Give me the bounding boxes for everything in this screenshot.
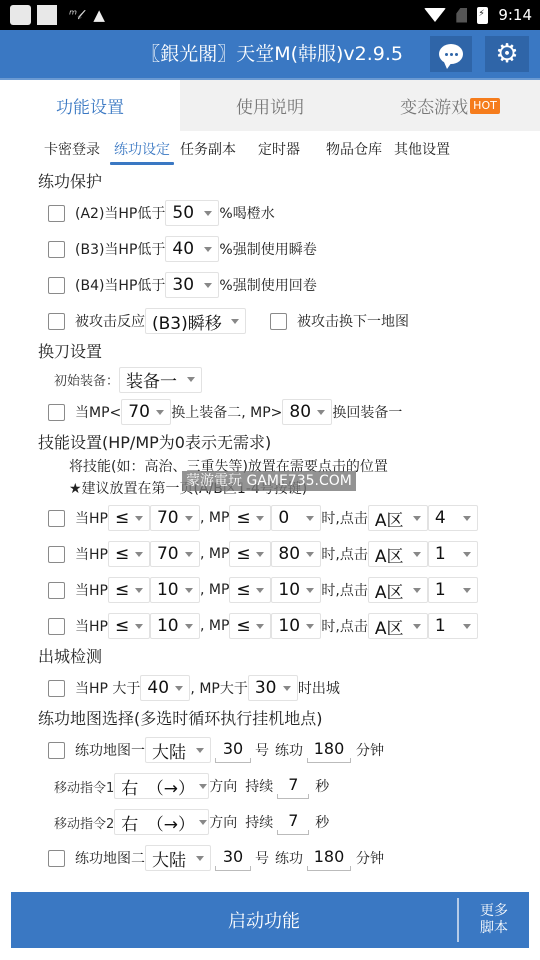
hp-operator-select[interactable]: ≤ [108, 613, 150, 639]
more-scripts-button[interactable]: 更多 脚本 [459, 903, 529, 937]
more-label-line-1: 更多 [459, 903, 529, 920]
tab-instructions[interactable]: 使用说明 [180, 80, 360, 131]
row-label: 分钟 [356, 848, 384, 868]
dropdown-arrow-icon [175, 686, 183, 691]
move-command-row-2: 移动指令2 右 （→） 方向 持续 7 秒 [38, 804, 540, 840]
leave-town-checkbox[interactable] [48, 680, 65, 697]
dropdown-arrow-icon [413, 516, 421, 521]
weapon-swap-row: 当MP< 70 换上装备二, MP> 80 换回装备一 [38, 394, 540, 430]
dropdown-arrow-icon [413, 552, 421, 557]
dropdown-arrow-icon [463, 516, 471, 521]
mp-label: , MP [200, 618, 229, 634]
watermark: 蒙游電玩 GAME735.COM [182, 471, 356, 491]
row-label: %强制使用瞬卷 [219, 239, 316, 259]
row-label: 时出城 [298, 678, 340, 698]
row-label: (B3)当HP低于 [75, 239, 165, 259]
row-label: 秒 [315, 776, 329, 796]
initial-gear-row: 初始装备： 装备一 [38, 365, 540, 394]
row-label: (A2)当HP低于 [75, 203, 165, 223]
hp-label: 当HP [75, 580, 108, 600]
dropdown-arrow-icon [204, 247, 212, 252]
hp-operator-select[interactable]: ≤ [108, 505, 150, 531]
section-title-map-select: 练功地图选择(多选时循环执行挂机地点) [38, 706, 540, 732]
hp-value-select[interactable]: 10 [150, 613, 200, 639]
section-title-leave-town: 出城检测 [38, 644, 540, 670]
warning-icon: ▲ [93, 6, 105, 24]
dropdown-arrow-icon [413, 588, 421, 593]
zone-select[interactable]: A区 [368, 613, 428, 639]
mp-high-select[interactable]: 80 [282, 399, 332, 425]
dropdown-arrow-icon [231, 319, 239, 324]
key-select[interactable]: 1 [428, 541, 478, 567]
main-tabs: 功能设置 使用说明 变态游戏 HOT [0, 78, 540, 131]
protection-b3-checkbox[interactable] [48, 241, 65, 258]
move-1-seconds-input[interactable]: 7 [277, 773, 309, 799]
initial-gear-label: 初始装备： [54, 370, 119, 389]
click-label: 时,点击 [321, 508, 367, 528]
more-label-line-2: 脚本 [459, 920, 529, 937]
key-select[interactable]: 4 [428, 505, 478, 531]
row-label: 被攻击反应 [75, 311, 145, 331]
initial-gear-select[interactable]: 装备一 [119, 367, 202, 393]
subtab-training-settings[interactable]: 练功设定 [114, 131, 170, 169]
map-1-number-input[interactable]: 30 [215, 737, 251, 763]
mp-label: , MP [200, 582, 229, 598]
dropdown-arrow-icon [413, 624, 421, 629]
key-select[interactable]: 1 [428, 613, 478, 639]
dropdown-arrow-icon [256, 588, 264, 593]
notification-app-icon [10, 5, 31, 25]
dropdown-arrow-icon [256, 516, 264, 521]
dropdown-arrow-icon [185, 588, 193, 593]
row-label: (B4)当HP低于 [75, 275, 165, 295]
row-label: 练功 [275, 740, 303, 760]
dropdown-arrow-icon [185, 624, 193, 629]
row-label: 被攻击换下一地图 [297, 311, 409, 331]
hp-value-select[interactable]: 10 [150, 577, 200, 603]
dropdown-arrow-icon [306, 624, 314, 629]
row-label: 当MP< [75, 402, 121, 422]
sub-tabs: 卡密登录 练功设定 任务副本 定时器 物品仓库 其他设置 [0, 131, 540, 169]
dropdown-arrow-icon [317, 410, 325, 415]
map-2-region-select[interactable]: 大陆 [145, 845, 211, 871]
dropdown-arrow-icon [306, 552, 314, 557]
tab-label: 使用说明 [236, 93, 304, 118]
protection-row-a2: (A2)当HP低于 50 %喝橙水 [38, 195, 540, 231]
zone-select[interactable]: A区 [368, 541, 428, 567]
move-command-row-1: 移动指令1 右 （→） 方向 持续 7 秒 [38, 768, 540, 804]
dropdown-arrow-icon [196, 856, 204, 861]
dropdown-arrow-icon [196, 748, 204, 753]
mp-low-select[interactable]: 70 [121, 399, 171, 425]
dropdown-arrow-icon [135, 588, 143, 593]
skill-checkbox[interactable] [48, 618, 65, 635]
map-2-checkbox[interactable] [48, 850, 65, 867]
dropdown-arrow-icon [199, 784, 207, 789]
chat-button[interactable] [430, 36, 472, 72]
dropdown-arrow-icon [199, 820, 207, 825]
skill-checkbox[interactable] [48, 582, 65, 599]
row-label: %喝橙水 [219, 203, 274, 223]
map-2-number-input[interactable]: 30 [215, 845, 251, 871]
dropdown-arrow-icon [185, 516, 193, 521]
hp-operator-select[interactable]: ≤ [108, 577, 150, 603]
row-label: 练功地图二 [75, 848, 145, 868]
status-bar: ᵐ𝓁 ▲ 9:14 [0, 0, 540, 30]
dropdown-arrow-icon [204, 211, 212, 216]
subtab-other-settings[interactable]: 其他设置 [394, 131, 450, 169]
row-label: 方向 [209, 812, 237, 832]
mp-operator-select[interactable]: ≤ [229, 613, 271, 639]
attack-reaction-checkbox[interactable] [48, 313, 65, 330]
skill-checkbox[interactable] [48, 546, 65, 563]
hp-threshold-select[interactable]: 40 [165, 236, 219, 262]
dropdown-arrow-icon [204, 283, 212, 288]
hp-value-select[interactable]: 70 [150, 505, 200, 531]
map-row-2: 练功地图二 大陆 30 号 练功 180 分钟 [38, 840, 540, 876]
hp-value-select[interactable]: 70 [150, 541, 200, 567]
protection-a2-checkbox[interactable] [48, 205, 65, 222]
notification-app-icon [37, 5, 57, 25]
skill-row: 当HP ≤ 10 , MP ≤ 10 时,点击 A区 1 [38, 572, 540, 608]
section-title-protection: 练功保护 [38, 169, 540, 195]
settings-button[interactable]: ⚙ [485, 36, 529, 72]
gear-icon: ⚙ [495, 41, 518, 67]
dropdown-arrow-icon [135, 624, 143, 629]
skill-checkbox[interactable] [48, 510, 65, 527]
bottom-action-bar: 启动功能 更多 脚本 [11, 892, 529, 948]
protection-b4-checkbox[interactable] [48, 277, 65, 294]
subtab-card-login[interactable]: 卡密登录 [44, 131, 100, 169]
subtab-item-storage[interactable]: 物品仓库 [326, 131, 382, 169]
hp-threshold-select[interactable]: 50 [165, 200, 219, 226]
dropdown-arrow-icon [306, 516, 314, 521]
mp-value-select[interactable]: 80 [271, 541, 321, 567]
attack-reaction-row: 被攻击反应 (B3)瞬移 被攻击换下一地图 [38, 303, 540, 339]
row-label: 换上装备二, MP> [171, 402, 282, 422]
settings-content: 练功保护 (A2)当HP低于 50 %喝橙水 (B3)当HP低于 40 %强制使… [0, 169, 540, 876]
chat-bubble-icon [439, 44, 463, 64]
section-title-skills: 技能设置(HP/MP为0表示无需求) [38, 430, 540, 456]
subtab-timer[interactable]: 定时器 [258, 131, 300, 169]
mp-operator-select[interactable]: ≤ [229, 541, 271, 567]
tab-function-settings[interactable]: 功能设置 [0, 80, 180, 131]
skill-row: 当HP ≤ 10 , MP ≤ 10 时,点击 A区 1 [38, 608, 540, 644]
hp-label: 当HP [75, 508, 108, 528]
mp-operator-select[interactable]: ≤ [229, 505, 271, 531]
battery-charging-icon [477, 7, 488, 24]
mp-operator-select[interactable]: ≤ [229, 577, 271, 603]
map-1-minutes-input[interactable]: 180 [307, 737, 351, 763]
dropdown-arrow-icon [135, 516, 143, 521]
dropdown-arrow-icon [256, 552, 264, 557]
move-1-direction-select[interactable]: 右 （→） [114, 773, 209, 799]
attack-change-map-checkbox[interactable] [270, 313, 287, 330]
map-2-minutes-input[interactable]: 180 [307, 845, 351, 871]
row-label: , MP大于 [190, 678, 247, 698]
no-sim-icon [456, 8, 467, 23]
row-label: %强制使用回卷 [219, 275, 316, 295]
leave-town-row: 当HP 大于 40 , MP大于 30 时出城 [38, 670, 540, 706]
section-title-weapon-swap: 换刀设置 [38, 339, 540, 365]
dropdown-arrow-icon [283, 686, 291, 691]
mp-label: , MP [200, 546, 229, 562]
tab-label: 变态游戏 [400, 93, 468, 118]
dropdown-arrow-icon [463, 552, 471, 557]
zone-select[interactable]: A区 [368, 505, 428, 531]
row-label: 持续 [245, 776, 273, 796]
dropdown-arrow-icon [156, 410, 164, 415]
dropdown-arrow-icon [185, 552, 193, 557]
dropdown-arrow-icon [256, 624, 264, 629]
hp-label: 当HP [75, 616, 108, 636]
dropdown-arrow-icon [463, 588, 471, 593]
tab-mod-games[interactable]: 变态游戏 HOT [360, 80, 540, 131]
protection-row-b4: (B4)当HP低于 30 %强制使用回卷 [38, 267, 540, 303]
mp-value-select[interactable]: 10 [271, 577, 321, 603]
key-select[interactable]: 1 [428, 577, 478, 603]
row-label: 移动指令1 [54, 777, 114, 796]
dropdown-arrow-icon [306, 588, 314, 593]
map-1-region-select[interactable]: 大陆 [145, 737, 211, 763]
map-row-1: 练功地图一 大陆 30 号 练功 180 分钟 [38, 732, 540, 768]
mp-label: , MP [200, 510, 229, 526]
skill-row: 当HP ≤ 70 , MP ≤ 80 时,点击 A区 1 [38, 536, 540, 572]
zone-select[interactable]: A区 [368, 577, 428, 603]
tab-label: 功能设置 [56, 93, 124, 118]
click-label: 时,点击 [321, 580, 367, 600]
move-2-seconds-input[interactable]: 7 [277, 809, 309, 835]
row-label: 号 [255, 740, 269, 760]
hp-threshold-select[interactable]: 30 [165, 272, 219, 298]
weapon-swap-checkbox[interactable] [48, 404, 65, 421]
row-label: 练功 [275, 848, 303, 868]
mp-value-select[interactable]: 0 [271, 505, 321, 531]
leave-town-hp-select[interactable]: 40 [140, 675, 190, 701]
row-label: 持续 [245, 812, 273, 832]
app-title: 〖銀光閣〗天堂M(韩服)v2.9.5 [141, 30, 403, 78]
hp-operator-select[interactable]: ≤ [108, 541, 150, 567]
click-label: 时,点击 [321, 616, 367, 636]
protection-row-b3: (B3)当HP低于 40 %强制使用瞬卷 [38, 231, 540, 267]
start-function-button[interactable]: 启动功能 [11, 907, 457, 933]
hp-label: 当HP [75, 544, 108, 564]
subtab-quest-dungeon[interactable]: 任务副本 [180, 131, 236, 169]
row-label: 当HP 大于 [75, 678, 140, 698]
skill-row: 当HP ≤ 70 , MP ≤ 0 时,点击 A区 4 [38, 500, 540, 536]
click-label: 时,点击 [321, 544, 367, 564]
map-1-checkbox[interactable] [48, 742, 65, 759]
dropdown-arrow-icon [135, 552, 143, 557]
wifi-icon [424, 8, 446, 22]
notification-handwriting-icon: ᵐ𝓁 [69, 8, 81, 23]
row-label: 移动指令2 [54, 813, 114, 832]
leave-town-mp-select[interactable]: 30 [248, 675, 298, 701]
move-2-direction-select[interactable]: 右 （→） [114, 809, 209, 835]
row-label: 分钟 [356, 740, 384, 760]
hot-badge: HOT [470, 98, 500, 114]
dropdown-arrow-icon [463, 624, 471, 629]
row-label: 秒 [315, 812, 329, 832]
attack-reaction-select[interactable]: (B3)瞬移 [145, 308, 246, 334]
row-label: 方向 [209, 776, 237, 796]
app-bar: 〖銀光閣〗天堂M(韩服)v2.9.5 ⚙ [0, 30, 540, 78]
row-label: 号 [255, 848, 269, 868]
mp-value-select[interactable]: 10 [271, 613, 321, 639]
row-label: 换回装备一 [332, 402, 402, 422]
row-label: 练功地图一 [75, 740, 145, 760]
clock: 9:14 [498, 6, 532, 24]
dropdown-arrow-icon [187, 377, 195, 382]
